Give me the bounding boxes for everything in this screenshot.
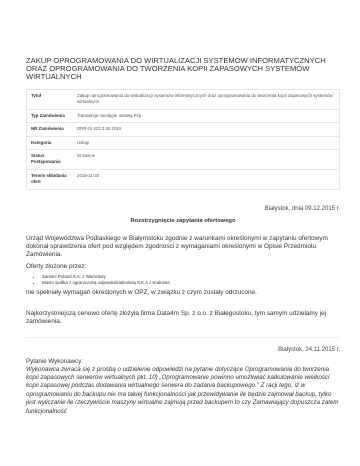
- offers-list: Sansec Poland S.A. z Warszawy Maxto spół…: [26, 274, 340, 287]
- section-divider: [26, 337, 340, 338]
- row-label-order-number: NR Zamówienia: [27, 123, 74, 136]
- row-label-category: Kategoria: [27, 136, 74, 149]
- row-label-title: Tytuł: [27, 90, 74, 110]
- row-label-order-type: Typ Zamówienia: [27, 109, 74, 122]
- table-row: Tytuł Zakup oprogramowania do wirtualiza…: [27, 90, 340, 110]
- row-value-deadline: 2015-11-30: [73, 169, 340, 189]
- question-label: Pytanie Wykonawcy:: [26, 358, 340, 366]
- row-value-status: W trakcie: [73, 150, 340, 170]
- rejected-note: nie spełniały wymagań określonych w OPZ,…: [26, 289, 340, 297]
- table-row: NR Zamówienia DRR-IX.433.3.28.2015: [27, 123, 340, 136]
- row-label-deadline: Termin składania ofert: [27, 169, 74, 189]
- resolution-date: Białystok, dnia 09.12.2015 r.: [26, 206, 340, 212]
- question-date: Białystok, 24.11.2015 r.: [26, 347, 340, 353]
- procurement-details-table: Tytuł Zakup oprogramowania do wirtualiza…: [26, 89, 340, 190]
- resolution-intro: Urząd Województwa Podlaskiego w Białymst…: [26, 235, 340, 260]
- offers-label: Oferty złożone przez:: [26, 263, 340, 271]
- winner-note: Najkorzystniejszą cenowo ofertę złożyła …: [26, 310, 340, 327]
- table-row: Kategoria Usługi: [27, 136, 340, 149]
- row-label-status: Status Postępowania: [27, 150, 74, 170]
- table-row: Typ Zamówienia Transakcje nieobjęte usta…: [27, 109, 340, 122]
- row-value-order-type: Transakcje nieobjęte ustawą Pzp: [73, 109, 340, 122]
- row-value-order-number: DRR-IX.433.3.28.2015: [73, 123, 340, 136]
- table-row: Status Postępowania W trakcie: [27, 150, 340, 170]
- row-value-category: Usługi: [73, 136, 340, 149]
- question-body: Wykonawca zwraca się z prośbą o udzielen…: [26, 366, 340, 416]
- row-value-title: Zakup oprogramowania do wirtualizacji sy…: [73, 90, 340, 110]
- page-title: ZAKUP OPROGRAMOWANIA DO WIRTUALIZACJI SY…: [26, 57, 340, 81]
- resolution-heading: Rozstrzygnięcie zapytania ofertowego: [26, 218, 340, 224]
- document-page: ZAKUP OPROGRAMOWANIA DO WIRTUALIZACJI SY…: [0, 0, 360, 416]
- table-row: Termin składania ofert 2015-11-30: [27, 169, 340, 189]
- list-item: Maxto spółka z ograniczoną odpowiedzialn…: [42, 280, 340, 286]
